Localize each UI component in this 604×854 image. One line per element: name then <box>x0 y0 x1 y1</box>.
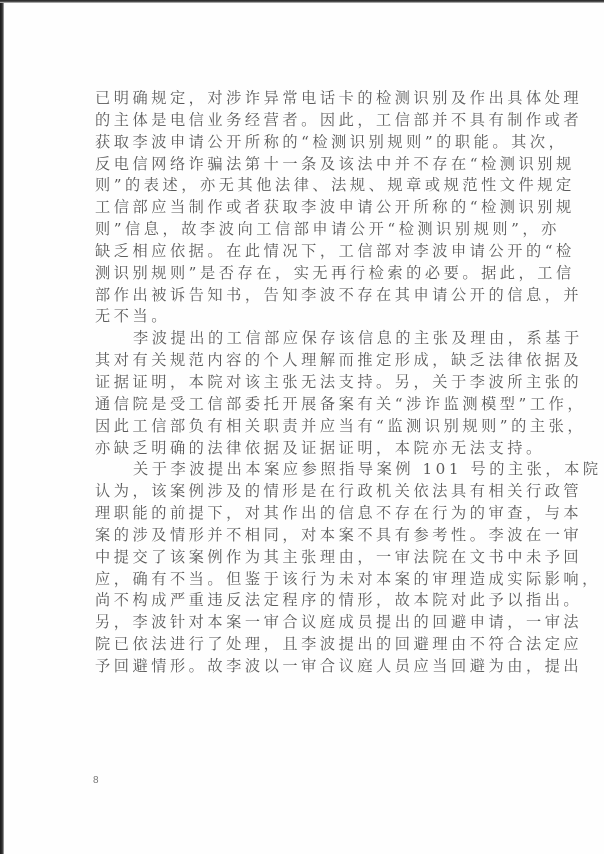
body-text: 已明确规定，对涉诈异常电话卡的检测识别及作出具体处理的主体是电信业务经营者。因此… <box>95 88 515 678</box>
text-line: 缺乏相应依据。在此情况下，工信部对李波申请公开的“检 <box>95 241 515 263</box>
text-line: 的主体是电信业务经营者。因此，工信部并不具有制作或者 <box>95 110 515 132</box>
text-line: 获取李波申请公开所称的“检测识别规则”的职能。其次， <box>95 132 515 154</box>
document-page: 已明确规定，对涉诈异常电话卡的检测识别及作出具体处理的主体是电信业务经营者。因此… <box>0 0 604 854</box>
text-line: 尚不构成严重违反法定程序的情形，故本院对此予以指出。 <box>95 590 515 612</box>
scan-edge-left <box>0 0 4 854</box>
text-line: 通信院是受工信部委托开展备案有关“涉诈监测模型”工作， <box>95 394 515 416</box>
text-line: 予回避情形。故李波以一审合议庭人员应当回避为由，提出 <box>95 656 515 678</box>
text-line: 另，李波针对本案一审合议庭成员提出的回避申请，一审法 <box>95 612 515 634</box>
text-line: 测识别规则”是否存在，实无再行检索的必要。据此，工信 <box>95 263 515 285</box>
text-line: 已明确规定，对涉诈异常电话卡的检测识别及作出具体处理 <box>95 88 515 110</box>
text-line: 关于李波提出本案应参照指导案例 101 号的主张，本院 <box>95 459 515 481</box>
text-line: 亦缺乏明确的法律依据及证据证明，本院亦无法支持。 <box>95 438 515 460</box>
text-line: 则”信息，故李波向工信部申请公开“检测识别规则”，亦 <box>95 219 515 241</box>
text-line: 理职能的前提下，对其作出的信息不存在行为的审查，与本 <box>95 503 515 525</box>
text-line: 反电信网络诈骗法第十一条及该法中并不存在“检测识别规 <box>95 154 515 176</box>
text-line: 其对有关规范内容的个人理解而推定形成，缺乏法律依据及 <box>95 350 515 372</box>
text-line: 李波提出的工信部应保存该信息的主张及理由，系基于 <box>95 328 515 350</box>
text-line: 中提交了该案例作为其主张理由，一审法院在文书中未予回 <box>95 547 515 569</box>
text-line: 无不当。 <box>95 306 515 328</box>
text-line: 院已依法进行了处理，且李波提出的回避理由不符合法定应 <box>95 634 515 656</box>
text-line: 部作出被诉告知书，告知李波不存在其申请公开的信息，并 <box>95 285 515 307</box>
page-number: 8 <box>93 775 99 786</box>
text-line: 案的涉及情形并不相同，对本案不具有参考性。李波在一审 <box>95 525 515 547</box>
text-line: 认为，该案例涉及的情形是在行政机关依法具有相关行政管 <box>95 481 515 503</box>
text-line: 则”的表述，亦无其他法律、法规、规章或规范性文件规定 <box>95 175 515 197</box>
text-line: 因此工信部负有相关职责并应当有“监测识别规则”的主张， <box>95 416 515 438</box>
text-line: 应，确有不当。但鉴于该行为未对本案的审理造成实际影响， <box>95 569 515 591</box>
text-line: 工信部应当制作或者获取李波申请公开所称的“检测识别规 <box>95 197 515 219</box>
scan-edge-top <box>0 0 604 3</box>
text-line: 证据证明，本院对该主张无法支持。另，关于李波所主张的 <box>95 372 515 394</box>
